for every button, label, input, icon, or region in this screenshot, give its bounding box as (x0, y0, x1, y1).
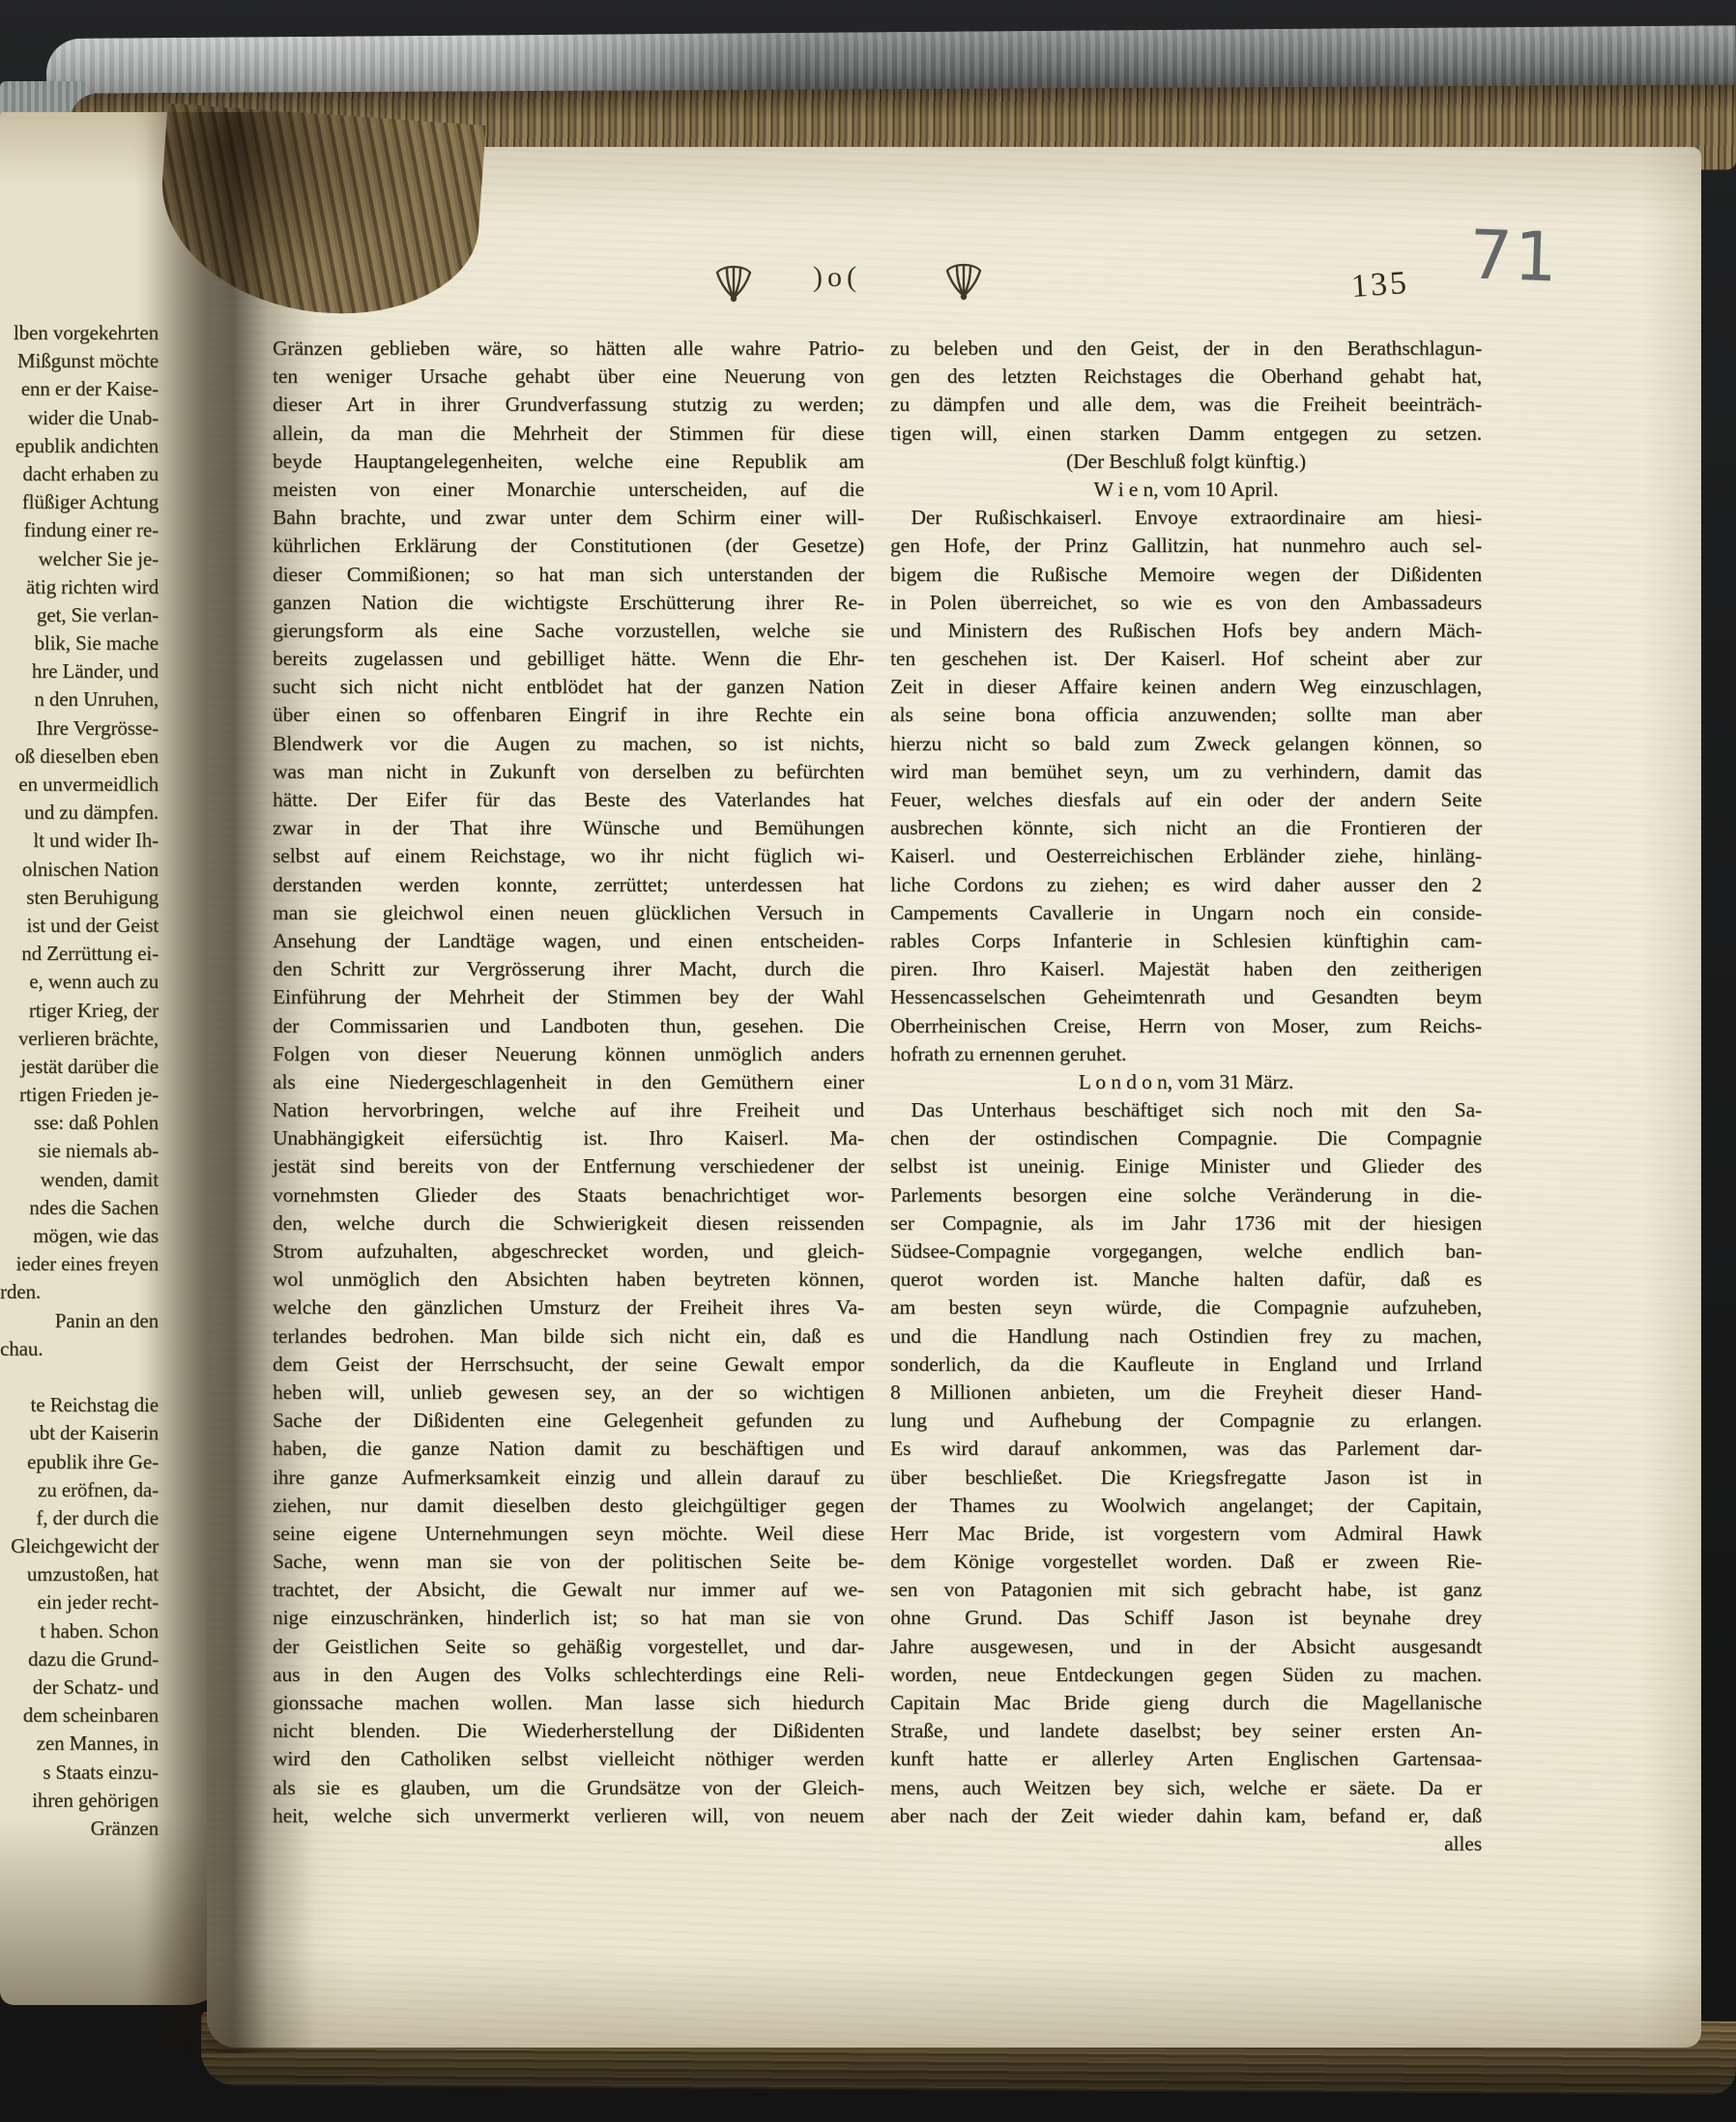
text-line: Jahre ausgewesen, und in der Absicht aus… (890, 1633, 1482, 1661)
text-line: t haben. Schon (0, 1617, 159, 1645)
text-line: Straße, und landete daselbst; bey seiner… (890, 1717, 1482, 1745)
text-line: ätig richten wird (0, 573, 159, 601)
text-line: Der Rußischkaiserl. Envoye extraordinair… (890, 504, 1482, 532)
text-line: ist und der Geist (0, 912, 159, 940)
text-line: rables Corps Infanterie in Schlesien kün… (890, 927, 1482, 955)
book-scan-photo: )o( 135 71 lben vorgekehrtenMißgunst möc… (0, 0, 1736, 2122)
text-line: Ansehung der Landtäge wagen, und einen e… (273, 927, 864, 955)
left-column: Gränzen geblieben wäre, so hätten alle w… (273, 334, 864, 1830)
text-line: terlandes bedrohen. Man bilde sich nicht… (273, 1323, 864, 1351)
text-line: und zu dämpfen. (0, 799, 159, 827)
text-line: sie niemals ab- (0, 1137, 159, 1165)
text-line: zen Mannes, in (0, 1730, 159, 1758)
text-line: alles (890, 1830, 1482, 1858)
text-line: Einführung der Mehrheit der Stimmen bey … (273, 983, 864, 1011)
text-line: wider die Unab- (0, 404, 159, 432)
text-line: zwar in der That ihre Wünsche und Bemühu… (273, 814, 864, 842)
text-line: bereits zugelassen und gebilliget hätte.… (273, 645, 864, 673)
text-line: dem Könige vorgestellet worden. Daß er z… (890, 1548, 1482, 1576)
text-line: sen von Patagonien mit sich gebracht hab… (890, 1576, 1482, 1604)
text-line (0, 1363, 159, 1391)
text-line: dieser Commißionen; so hat man sich unte… (273, 561, 864, 589)
text-line: dacht erhaben zu (0, 460, 159, 488)
text-line: bigem die Rußische Memoire wegen der Diß… (890, 561, 1482, 589)
text-line: Gränzen geblieben wäre, so hätten alle w… (273, 334, 864, 363)
text-line: sten Beruhigung (0, 884, 159, 912)
text-line: über beschließet. Die Kriegsfregatte Jas… (890, 1464, 1482, 1492)
text-line: hierzu nicht so bald zum Zweck gelangen … (890, 730, 1482, 758)
text-line: epublik andichten (0, 432, 159, 460)
text-line: heben will, unlieb gewesen sey, an der s… (273, 1379, 864, 1407)
text-line: aus in den Augen des Volks schlechterdin… (273, 1661, 864, 1689)
text-line: mögen, wie das (0, 1222, 159, 1250)
text-line: Gränzen (0, 1815, 159, 1843)
text-line: dem Geist der Herrschsucht, der seine Ge… (273, 1351, 864, 1379)
text-line: zu dämpfen und alle dem, was die Freihei… (890, 391, 1482, 419)
text-line: in Polen überreichet, so wie es von den … (890, 589, 1482, 617)
text-line: nicht blenden. Die Wiederherstellung der… (273, 1717, 864, 1745)
text-line: vornehmsten Glieder des Staats benachric… (273, 1181, 864, 1209)
text-line: Ihre Vergrösse- (0, 714, 159, 742)
fleuron-right-icon (938, 257, 990, 306)
text-line: Capitain Mac Bride gieng durch die Magel… (890, 1689, 1482, 1717)
text-line: Zeit in dieser Affaire keinen andern Weg… (890, 673, 1482, 701)
text-line: findung einer re- (0, 516, 159, 544)
text-line: ieder eines freyen (0, 1250, 159, 1278)
text-line: Das Unterhaus beschäftiget sich noch mit… (890, 1096, 1482, 1124)
text-line: ziehen, nur damit dieselben desto gleich… (273, 1492, 864, 1520)
text-line: sucht sich nicht nicht entblödet hat der… (273, 673, 864, 701)
text-line: Südsee-Compagnie vorgegangen, welche end… (890, 1237, 1482, 1265)
text-line: ein jeder recht- (0, 1588, 159, 1616)
text-line: der Thames zu Woolwich angelanget; der C… (890, 1492, 1482, 1520)
text-line: der Geistlichen Seite so gehäßig vorgest… (273, 1633, 864, 1661)
handwritten-folio-number: 71 (1468, 215, 1561, 297)
text-line: welche den gänzlichen Umsturz der Freihe… (273, 1294, 864, 1322)
text-line: dieser Art in ihrer Grundverfassung stut… (273, 391, 864, 419)
text-line: und Ministern des Rußischen Hofs bey and… (890, 617, 1482, 645)
text-line: ganzen Nation die wichtigste Erschütteru… (273, 589, 864, 617)
text-line: blik, Sie mache (0, 629, 159, 657)
text-line: meisten von einer Monarchie unterscheide… (273, 476, 864, 504)
text-line: der Commissarien und Landboten thun, ges… (273, 1012, 864, 1040)
text-line: mens, auch Weitzen bey sich, welche er s… (890, 1774, 1482, 1802)
text-line: jestät darüber die (0, 1053, 159, 1081)
fleuron-left-icon (708, 259, 760, 308)
text-line: lben vorgekehrten (0, 319, 159, 347)
text-line: und die Handlung nach Ostindien frey zu … (890, 1323, 1482, 1351)
text-line: worden, neue Entdeckungen gegen Süden zu… (890, 1661, 1482, 1689)
text-line: allein, da man die Mehrheit der Stimmen … (273, 420, 864, 448)
text-line: sonderlich, da die Kaufleute in England … (890, 1351, 1482, 1379)
text-line: haben, die ganze Nation damit zu beschäf… (273, 1435, 864, 1463)
text-line: kunft hatte er allerley Arten Englischen… (890, 1745, 1482, 1773)
text-line: wird den Catholiken selbst vielleicht nö… (273, 1745, 864, 1773)
text-line: ser Compagnie, als im Jahr 1736 mit der … (890, 1209, 1482, 1237)
text-line: welcher Sie je- (0, 545, 159, 573)
text-line: ten geschehen ist. Der Kaiserl. Hof sche… (890, 645, 1482, 673)
text-line: L o n d o n, vom 31 März. (890, 1068, 1482, 1096)
text-line: n den Unruhen, (0, 685, 159, 713)
text-line: get, Sie verlan- (0, 601, 159, 629)
text-line: te Reichstag die (0, 1391, 159, 1419)
text-line: oß dieselben eben (0, 742, 159, 770)
text-line: sse: daß Pohlen (0, 1109, 159, 1137)
text-line: chen der ostindischen Compagnie. Die Com… (890, 1124, 1482, 1152)
text-line: lung und Aufhebung der Compagnie zu erla… (890, 1407, 1482, 1435)
text-line: jestät sind bereits von der Entfernung v… (273, 1152, 864, 1180)
text-line: ausbrechen könnte, sich nicht an die Fro… (890, 814, 1482, 842)
text-line: Herr Mac Bride, ist vorgestern vom Admir… (890, 1520, 1482, 1548)
text-line: en unvermeidlich (0, 770, 159, 799)
text-line: Hessencasselschen Geheimtenrath und Gesa… (890, 983, 1482, 1011)
printed-page-number: 135 (1350, 265, 1411, 305)
text-line: trachtet, der Absicht, die Gewalt nur im… (273, 1576, 864, 1604)
right-column: zu beleben und den Geist, der in den Ber… (890, 334, 1482, 1858)
text-line: e, wenn auch zu (0, 968, 159, 996)
text-line: hätte. Der Eifer für das Beste des Vater… (273, 786, 864, 814)
text-line: piren. Ihro Kaiserl. Majestät haben den … (890, 955, 1482, 983)
text-line: Feuer, welches diesfals auf ein oder der… (890, 786, 1482, 814)
text-line: chau. (0, 1335, 159, 1363)
text-line: gen des letzten Reichstages die Oberhand… (890, 363, 1482, 391)
text-line: man sie gleichwol einen neuen glückliche… (273, 899, 864, 927)
text-line: rden. (0, 1278, 159, 1306)
text-line: hre Länder, und (0, 657, 159, 685)
text-line: enn er der Kaise- (0, 375, 159, 403)
text-line: der Schatz- und (0, 1673, 159, 1701)
text-line: nige einzuschränken, hinderlich ist; so … (273, 1604, 864, 1632)
text-line: gionssache machen wollen. Man lasse sich… (273, 1689, 864, 1717)
text-line: als seine bona officia anzuwenden; sollt… (890, 701, 1482, 729)
text-line: wenden, damit (0, 1166, 159, 1194)
text-line: tigen will, einen starken Damm entgegen … (890, 420, 1482, 448)
text-line: Blendwerk vor die Augen zu machen, so is… (273, 730, 864, 758)
text-line: Unabhängigkeit eifersüchtig ist. Ihro Ka… (273, 1124, 864, 1152)
text-line: über einen so offenbaren Eingrif in ihre… (273, 701, 864, 729)
text-line: Panin an den (0, 1307, 159, 1335)
text-line: den Schritt zur Vergrösserung ihrer Mach… (273, 955, 864, 983)
header-separator: )o( (779, 261, 895, 294)
text-line: s Staats einzu- (0, 1759, 159, 1787)
text-line: kührlichen Erklärung der Constitutionen … (273, 532, 864, 560)
text-line: olnischen Nation (0, 856, 159, 884)
facing-page-text-fragment: lben vorgekehrtenMißgunst möchteenn er d… (0, 319, 160, 1843)
text-line: wol unmöglich den Absichten haben beytre… (273, 1265, 864, 1294)
text-line: rtiger Krieg, der (0, 997, 159, 1025)
text-line: beyde Hauptangelegenheiten, welche eine … (273, 448, 864, 476)
text-line: seine eigene Unternehmungen seyn möchte.… (273, 1520, 864, 1548)
text-line: Sache, wenn man sie von der politischen … (273, 1548, 864, 1576)
text-line: epublik ihre Ge- (0, 1448, 159, 1476)
text-line: Sache der Dißidenten eine Gelegenheit ge… (273, 1407, 864, 1435)
text-line: dazu die Grund- (0, 1645, 159, 1673)
text-line: flüßiger Achtung (0, 488, 159, 516)
text-line: den, welche durch die Schwierigkeit dies… (273, 1209, 864, 1237)
text-line: Folgen von dieser Neuerung können unmögl… (273, 1040, 864, 1068)
text-line: ohne Grund. Das Schiff Jason ist beynahe… (890, 1604, 1482, 1632)
text-line: ihren gehörigen (0, 1787, 159, 1815)
text-line: ndes die Sachen (0, 1194, 159, 1222)
text-line: ubt der Kaiserin (0, 1419, 159, 1447)
text-line: zu eröfnen, da- (0, 1476, 159, 1504)
text-line: Campements Cavallerie in Ungarn noch ein… (890, 899, 1482, 927)
text-line: ihre ganze Aufmerksamkeit einzig und all… (273, 1464, 864, 1492)
text-line: Nation hervorbringen, welche auf ihre Fr… (273, 1096, 864, 1124)
text-line: nd Zerrüttung ei- (0, 940, 159, 968)
text-line: Gleichgewicht der (0, 1532, 159, 1560)
text-line: heit, welche sich unvermerkt verlieren w… (273, 1802, 864, 1830)
text-line: rtigen Frieden je- (0, 1081, 159, 1109)
text-line: was man nicht in Zukunft von derselben z… (273, 758, 864, 786)
text-line: liche Cordons zu ziehen; es wird daher a… (890, 871, 1482, 899)
text-line: hofrath zu ernennen geruhet. (890, 1040, 1482, 1068)
text-line: zu beleben und den Geist, der in den Ber… (890, 334, 1482, 363)
text-line: dem scheinbaren (0, 1701, 159, 1730)
text-line: W i e n, vom 10 April. (890, 476, 1482, 504)
text-line: Oberrheinischen Creise, Herrn von Moser,… (890, 1012, 1482, 1040)
text-line: wird man bemühet seyn, um zu verhindern,… (890, 758, 1482, 786)
text-line: selbst ist uneinig. Einige Minister und … (890, 1152, 1482, 1180)
text-line: 8 Millionen anbieten, um die Freyheit di… (890, 1379, 1482, 1407)
text-line: Kaiserl. und Oesterreichischen Erbländer… (890, 842, 1482, 870)
text-line: am besten seyn würde, die Compagnie aufz… (890, 1294, 1482, 1322)
text-line: f, der durch die (0, 1504, 159, 1532)
text-line: gen Hofe, der Prinz Gallitzin, hat nunme… (890, 532, 1482, 560)
text-line: Bahn brachte, und zwar unter dem Schirm … (273, 504, 864, 532)
text-line: (Der Beschluß folgt künftig.) (890, 448, 1482, 476)
text-line: Es wird darauf ankommen, was das Parleme… (890, 1435, 1482, 1463)
text-line: als eine Niedergeschlagenheit in den Gem… (273, 1068, 864, 1096)
text-line: selbst auf einem Reichstage, wo ihr nich… (273, 842, 864, 870)
text-line: Strom aufzuhalten, abgeschrecket worden,… (273, 1237, 864, 1265)
text-line: ten weniger Ursache gehabt über eine Neu… (273, 363, 864, 391)
text-line: verlieren brächte, (0, 1025, 159, 1053)
text-line: umzustoßen, hat (0, 1560, 159, 1588)
text-line: querot worden ist. Manche halten dafür, … (890, 1265, 1482, 1294)
text-line: lt und wider Ih- (0, 827, 159, 855)
text-line: als sie es glauben, um die Grundsätze vo… (273, 1774, 864, 1802)
text-line: Mißgunst möchte (0, 347, 159, 375)
text-line: Parlements besorgen eine solche Veränder… (890, 1181, 1482, 1209)
text-line: gierungsform als eine Sache vorzustellen… (273, 617, 864, 645)
text-line: aber nach der Zeit wieder dahin kam, bef… (890, 1802, 1482, 1830)
text-line: derstanden werden konnte, zerrüttet; unt… (273, 871, 864, 899)
